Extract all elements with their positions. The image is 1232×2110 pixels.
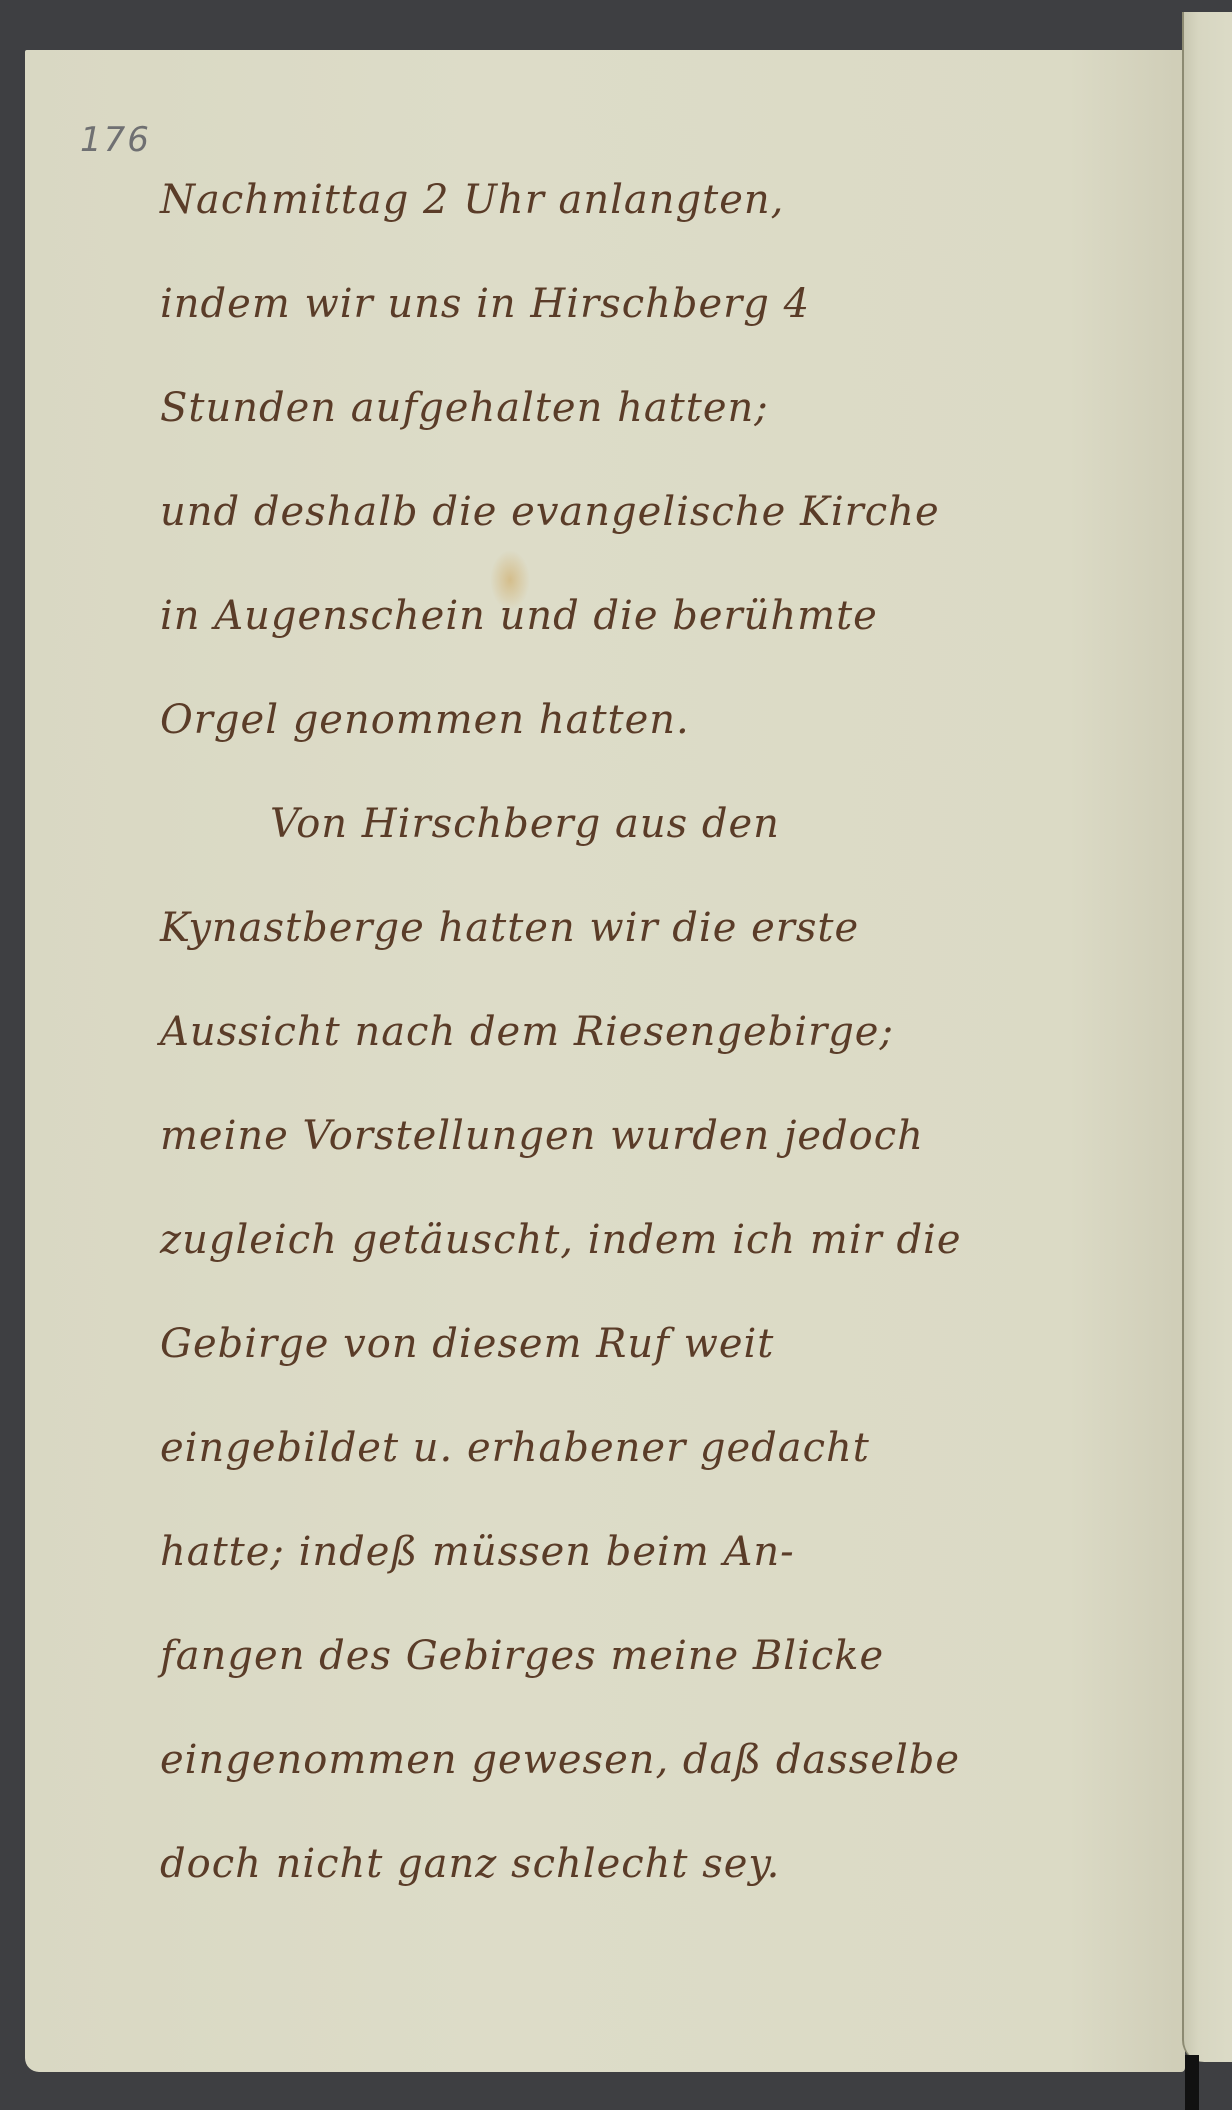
text-line: fangen des Gebirges meine Blicke xyxy=(160,1621,1120,1725)
text-line: Stunden aufgehalten hatten; xyxy=(160,373,1120,477)
text-line: Aussicht nach dem Riesengebirge; xyxy=(160,997,1120,1101)
text-line: Orgel genommen hatten. xyxy=(160,685,1120,789)
text-line: und deshalb die evangelische Kirche xyxy=(160,477,1120,581)
text-line: Von Hirschberg aus den xyxy=(160,789,1120,893)
text-line: meine Vorstellungen wurden jedoch xyxy=(160,1101,1120,1205)
text-line: indem wir uns in Hirschberg 4 xyxy=(160,269,1120,373)
text-line: eingenommen gewesen, daß dasselbe xyxy=(160,1725,1120,1829)
folio-number: 176 xyxy=(80,120,151,160)
handwritten-text: Nachmittag 2 Uhr anlangten, indem wir un… xyxy=(160,165,1120,1933)
text-line: Kynastberge hatten wir die erste xyxy=(160,893,1120,997)
text-line: in Augenschein und die berühmte xyxy=(160,581,1120,685)
text-line: Gebirge von diesem Ruf weit xyxy=(160,1309,1120,1413)
text-line: doch nicht ganz schlecht sey. xyxy=(160,1829,1120,1933)
text-line: hatte; indeß müssen beim An- xyxy=(160,1517,1120,1621)
text-line: eingebildet u. erhabener gedacht xyxy=(160,1413,1120,1517)
binding-gap xyxy=(1185,2055,1199,2110)
text-line: zugleich getäuscht, indem ich mir die xyxy=(160,1205,1120,1309)
adjacent-page-edge xyxy=(1182,12,1232,2062)
text-line: Nachmittag 2 Uhr anlangten, xyxy=(160,165,1120,269)
